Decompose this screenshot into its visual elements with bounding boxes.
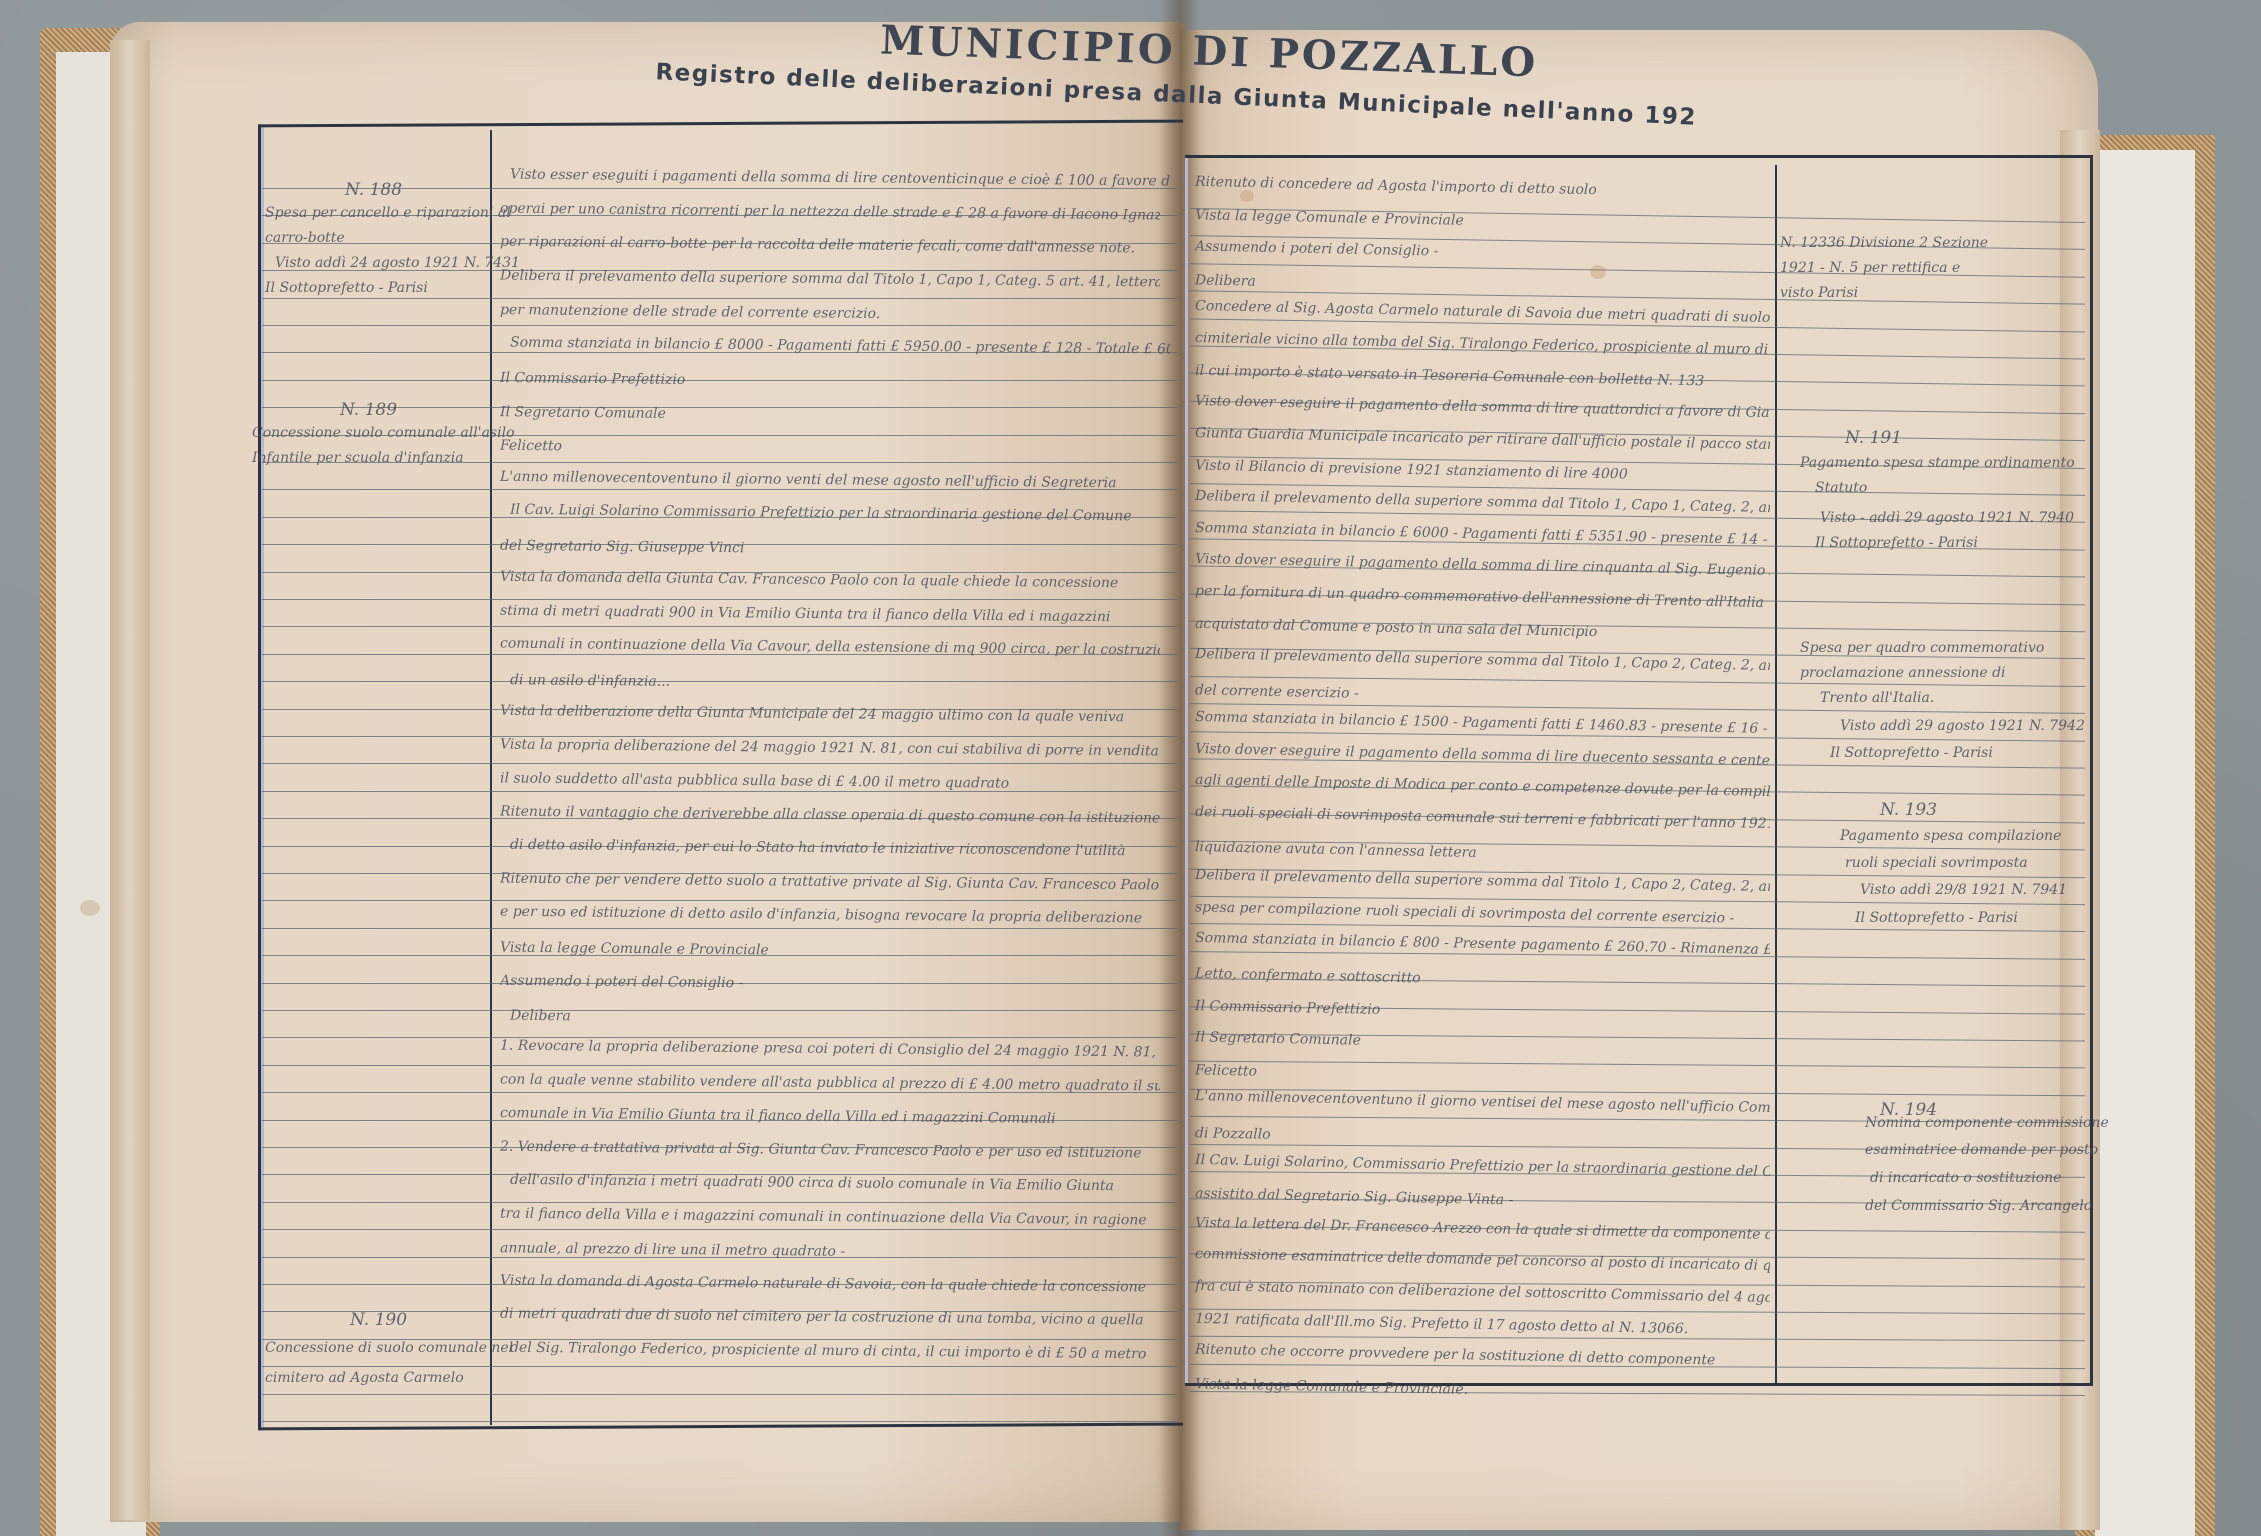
ruled-line <box>262 1010 1177 1011</box>
ruled-line <box>262 1366 1177 1367</box>
handwritten-line: Felicetto <box>500 438 562 455</box>
ruled-line <box>262 1037 1177 1038</box>
margin-note: visto Parisi <box>1780 285 1858 301</box>
handwritten-line: Felicetto <box>1195 1062 1257 1079</box>
margin-note: Spesa per cancello e riparazioni al <box>265 205 511 221</box>
entry-number: N. 193 <box>1880 800 1937 820</box>
margin-note: Pagamento spesa stampe ordinamento <box>1800 455 2075 471</box>
margin-note: Il Sottoprefetto - Parisi <box>265 280 428 296</box>
handwritten-line: del corrente esercizio - <box>1195 682 1359 701</box>
margin-note: 1921 - N. 5 per rettifica e <box>1780 260 1960 276</box>
ruled-line <box>262 325 1177 326</box>
flyleaf-right <box>2095 150 2195 1536</box>
margin-note: Visto - addì 29 agosto 1921 N. 7940 <box>1820 510 2074 526</box>
margin-note: Visto addì 24 agosto 1921 N. 7431 <box>275 255 520 271</box>
margin-note: Il Sottoprefetto - Parisi <box>1815 535 1978 551</box>
ruled-line <box>262 298 1177 299</box>
margin-note: Pagamento spesa compilazione <box>1840 828 2061 844</box>
ruled-line <box>262 1202 1177 1203</box>
ruled-line <box>262 736 1177 737</box>
margin-note: cimitero ad Agosta Carmelo <box>265 1370 464 1386</box>
paper-stain <box>1240 190 1254 202</box>
margin-note: esaminatrice domande per posto <box>1865 1142 2098 1158</box>
margin-note: Nomina componente commissione <box>1865 1115 2109 1131</box>
margin-note: Infantile per scuola d'infanzia <box>252 450 464 466</box>
margin-note: Spesa per quadro commemorativo <box>1800 640 2044 656</box>
margin-note: Il Sottoprefetto - Parisi <box>1830 745 1993 761</box>
margin-note: Trento all'Italia. <box>1820 690 1934 706</box>
ruled-line <box>262 380 1177 381</box>
ruled-line <box>262 763 1177 764</box>
handwritten-line: di Pozzallo <box>1195 1125 1271 1143</box>
handwritten-line: Il Segretario Comunale <box>500 404 666 422</box>
margin-note: di incaricato o sostituzione <box>1870 1170 2061 1186</box>
ruled-line <box>262 407 1177 408</box>
handwritten-line: di un asilo d'infanzia... <box>510 672 670 690</box>
ruled-line <box>262 791 1177 792</box>
handwritten-line: Il Commissario Prefettizio <box>500 370 685 388</box>
margin-note: Visto addì 29/8 1921 N. 7941 <box>1860 882 2067 898</box>
margin-note: N. 12336 Divisione 2 Sezione <box>1780 235 1988 251</box>
paper-stain <box>1590 265 1606 279</box>
ruled-line <box>262 599 1177 600</box>
margin-note: Concessione suolo comunale all'asilo <box>252 425 515 441</box>
margin-note: ruoli speciali sovrimposta <box>1845 855 2028 871</box>
paper-stain <box>80 900 100 916</box>
margin-note: Concessione di suolo comunale nel <box>265 1340 513 1356</box>
entry-number: N. 189 <box>340 400 397 420</box>
ruled-line <box>262 1065 1177 1066</box>
ruled-line <box>262 1421 1177 1422</box>
handwritten-line: Assumendo i poteri del Consiglio - <box>500 973 743 992</box>
margin-note: carro-botte <box>265 230 345 246</box>
margin-note: proclamazione annessione di <box>1800 665 2006 681</box>
margin-note: Statuto <box>1815 480 1867 496</box>
handwritten-line: Il Commissario Prefettizio <box>1195 998 1381 1018</box>
handwritten-line: Vista la legge Comunale e Provinciale <box>500 939 769 958</box>
handwritten-line: Delibera <box>1195 272 1256 289</box>
handwritten-line: Delibera <box>510 1007 571 1024</box>
margin-note: Visto addì 29 agosto 1921 N. 7942 <box>1840 718 2085 734</box>
entry-number: N. 191 <box>1845 428 1902 448</box>
ruled-line <box>262 681 1177 682</box>
entry-number: N. 190 <box>350 1310 407 1330</box>
entry-number: N. 188 <box>345 180 402 200</box>
ruled-line <box>262 626 1177 627</box>
ruled-line <box>262 900 1177 901</box>
handwritten-line: del Segretario Sig. Giuseppe Vinci <box>500 537 745 556</box>
ruled-line <box>262 1229 1177 1230</box>
margin-note: del Commissario Sig. Arcangelo <box>1865 1198 2092 1214</box>
page-stack-left <box>110 40 150 1520</box>
margin-note: Il Sottoprefetto - Parisi <box>1855 910 2018 926</box>
ruled-line <box>262 928 1177 929</box>
ruled-line <box>262 1394 1177 1395</box>
